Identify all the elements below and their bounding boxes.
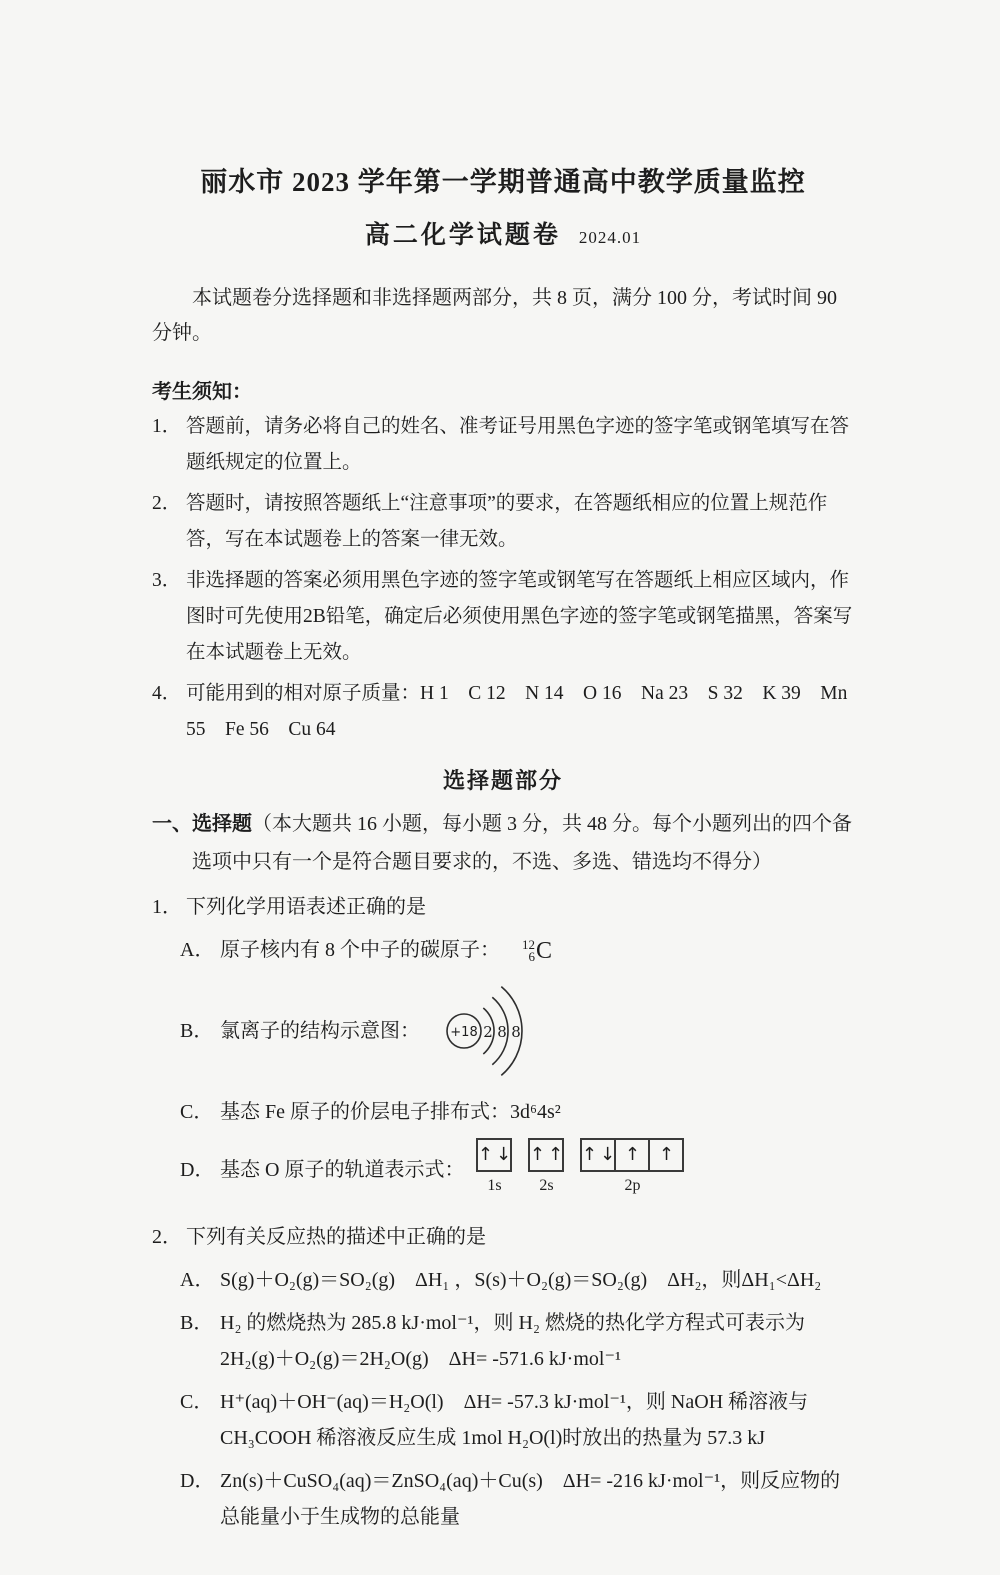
question-1: 1． 下列化学用语表述正确的是 <box>152 889 854 925</box>
orbital-group-1s: ↑↓ 1s <box>476 1138 512 1195</box>
option-text: Zn(s)＋CuSO₄(aq)＝ZnSO₄(aq)＋Cu(s) ΔH= -216… <box>220 1463 854 1535</box>
page-title: 丽水市 2023 学年第一学期普通高中教学质量监控 <box>152 160 854 199</box>
q2-option-c: C． H⁺(aq)＋OH⁻(aq)＝H₂O(l) ΔH= -57.3 kJ·mo… <box>180 1384 854 1456</box>
option-label: A． <box>180 932 220 968</box>
orbital-group-2s: ↑↑ 2s <box>528 1138 564 1195</box>
exam-intro: 本试题卷分选择题和非选择题两部分，共 8 页，满分 100 分，考试时间 90 … <box>152 281 854 351</box>
option-text: 基态 Fe 原子的价层电子排布式：3d⁶4s² <box>220 1094 854 1130</box>
notice-item-number: 4． <box>152 676 186 748</box>
q2-option-d: D． Zn(s)＋CuSO₄(aq)＝ZnSO₄(aq)＋Cu(s) ΔH= -… <box>180 1463 854 1535</box>
notice-item: 1． 答题前，请务必将自己的姓名、准考证号用黑色字迹的签字笔或钢笔填写在答题纸规… <box>152 409 854 481</box>
option-text: 基态 O 原子的轨道表示式： ↑↓ 1s ↑↑ 2s ↑↓↑↑ 2p <box>220 1152 854 1211</box>
option-label: D． <box>180 1152 220 1211</box>
orbital-box: ↑↓ <box>580 1138 616 1172</box>
q1-option-c: C． 基态 Fe 原子的价层电子排布式：3d⁶4s² <box>180 1094 854 1130</box>
notice-item: 3． 非选择题的答案必须用黑色字迹的签字笔或钢笔写在答题纸上相应区域内，作图时可… <box>152 563 854 671</box>
option-label: B． <box>180 1013 220 1049</box>
notice-item-text: 可能用到的相对原子质量：H 1 C 12 N 14 O 16 Na 23 S 3… <box>186 676 854 748</box>
q1-option-d: D． 基态 O 原子的轨道表示式： ↑↓ 1s ↑↑ 2s ↑↓↑↑ 2p <box>180 1152 854 1211</box>
part-label: 一、选择题 <box>152 813 252 835</box>
option-text: H⁺(aq)＋OH⁻(aq)＝H₂O(l) ΔH= -57.3 kJ·mol⁻¹… <box>220 1384 854 1456</box>
part-intro: 一、选择题（本大题共 16 小题，每小题 3 分，共 48 分。每个小题列出的四… <box>152 805 854 881</box>
question-stem: 下列有关反应热的描述中正确的是 <box>186 1219 854 1255</box>
option-text-line2: 2H₂(g)＋O₂(g)＝2H₂O(g) ΔH= -571.6 kJ·mol⁻¹ <box>220 1341 854 1377</box>
q1-option-b: B． 氯离子的结构示意图： +18 2 8 8 <box>180 975 854 1087</box>
orbital-box: ↑ <box>648 1138 684 1172</box>
orbital-label: 2p <box>580 1177 684 1195</box>
orbital-group-2p: ↑↓↑↑ 2p <box>580 1138 684 1195</box>
atom-structure-diagram: +18 2 8 8 <box>434 975 542 1087</box>
exam-date: 2024.01 <box>579 228 641 247</box>
question-number: 2． <box>152 1219 186 1255</box>
exam-paper: 丽水市 2023 学年第一学期普通高中教学质量监控 高二化学试题卷2024.01… <box>0 0 1000 1575</box>
notice-heading: 考生须知： <box>152 375 854 404</box>
shell-count: 8 <box>497 1023 507 1041</box>
notice-item: 2． 答题时，请按照答题纸上“注意事项”的要求，在答题纸相应的位置上规范作答，写… <box>152 486 854 558</box>
question-number: 1． <box>152 889 186 925</box>
orbital-diagram: ↑↓ 1s ↑↑ 2s ↑↓↑↑ 2p <box>476 1138 684 1195</box>
q2-option-a: A． S(g)＋O₂(g)＝SO₂(g) ΔH₁ ，S(s)＋O₂(g)＝SO₂… <box>180 1262 854 1298</box>
option-text-prefix: 氯离子的结构示意图： <box>220 1013 420 1049</box>
notice-item-text: 答题时，请按照答题纸上“注意事项”的要求，在答题纸相应的位置上规范作答，写在本试… <box>186 486 854 558</box>
subtitle-row: 高二化学试题卷2024.01 <box>152 215 854 251</box>
orbital-label: 1s <box>476 1177 512 1195</box>
option-text: S(g)＋O₂(g)＝SO₂(g) ΔH₁ ，S(s)＋O₂(g)＝SO₂(g)… <box>220 1262 854 1298</box>
question-stem: 下列化学用语表述正确的是 <box>186 889 854 925</box>
option-label: B． <box>180 1305 220 1377</box>
orbital-label: 2s <box>528 1177 564 1195</box>
part-note: （本大题共 16 小题，每小题 3 分，共 48 分。每个小题列出的四个备选项中… <box>192 813 852 873</box>
element-symbol: C <box>536 939 552 963</box>
notice-item-text: 答题前，请务必将自己的姓名、准考证号用黑色字迹的签字笔或钢笔填写在答题纸规定的位… <box>186 409 854 481</box>
q1-option-a: A． 原子核内有 8 个中子的碳原子：126C <box>180 932 854 968</box>
option-text: H₂ 的燃烧热为 285.8 kJ·mol⁻¹，则 H₂ 燃烧的热化学方程式可表… <box>220 1305 854 1377</box>
section-heading: 选择题部分 <box>152 764 854 795</box>
notice-item-text: 非选择题的答案必须用黑色字迹的签字笔或钢笔写在答题纸上相应区域内，作图时可先使用… <box>186 563 854 671</box>
question-2: 2． 下列有关反应热的描述中正确的是 <box>152 1219 854 1255</box>
orbital-box: ↑↑ <box>528 1138 564 1172</box>
nuclide-notation: 126C <box>522 939 552 963</box>
notice-item-number: 2． <box>152 486 186 558</box>
atomic-number: 6 <box>529 951 536 963</box>
orbital-box: ↑↓ <box>476 1138 512 1172</box>
option-text-prefix: 基态 O 原子的轨道表示式： <box>220 1159 464 1181</box>
nucleus-charge: +18 <box>450 1025 477 1040</box>
q2-option-b: B． H₂ 的燃烧热为 285.8 kJ·mol⁻¹，则 H₂ 燃烧的热化学方程… <box>180 1305 854 1377</box>
option-label: C． <box>180 1384 220 1456</box>
option-label: A． <box>180 1262 220 1298</box>
option-text-line1: H₂ 的燃烧热为 285.8 kJ·mol⁻¹，则 H₂ 燃烧的热化学方程式可表… <box>220 1305 854 1341</box>
option-text-prefix: 原子核内有 8 个中子的碳原子： <box>220 939 500 961</box>
option-label: D． <box>180 1463 220 1535</box>
option-label: C． <box>180 1094 220 1130</box>
notice-item: 4． 可能用到的相对原子质量：H 1 C 12 N 14 O 16 Na 23 … <box>152 676 854 748</box>
shell-count: 2 <box>483 1023 493 1041</box>
shell-count: 8 <box>511 1023 521 1041</box>
exam-subtitle: 高二化学试题卷 <box>365 222 561 249</box>
notice-item-number: 1． <box>152 409 186 481</box>
orbital-box: ↑ <box>614 1138 650 1172</box>
notice-item-number: 3． <box>152 563 186 671</box>
option-text: 原子核内有 8 个中子的碳原子：126C <box>220 932 854 968</box>
nuclide-numbers: 126 <box>522 939 535 963</box>
